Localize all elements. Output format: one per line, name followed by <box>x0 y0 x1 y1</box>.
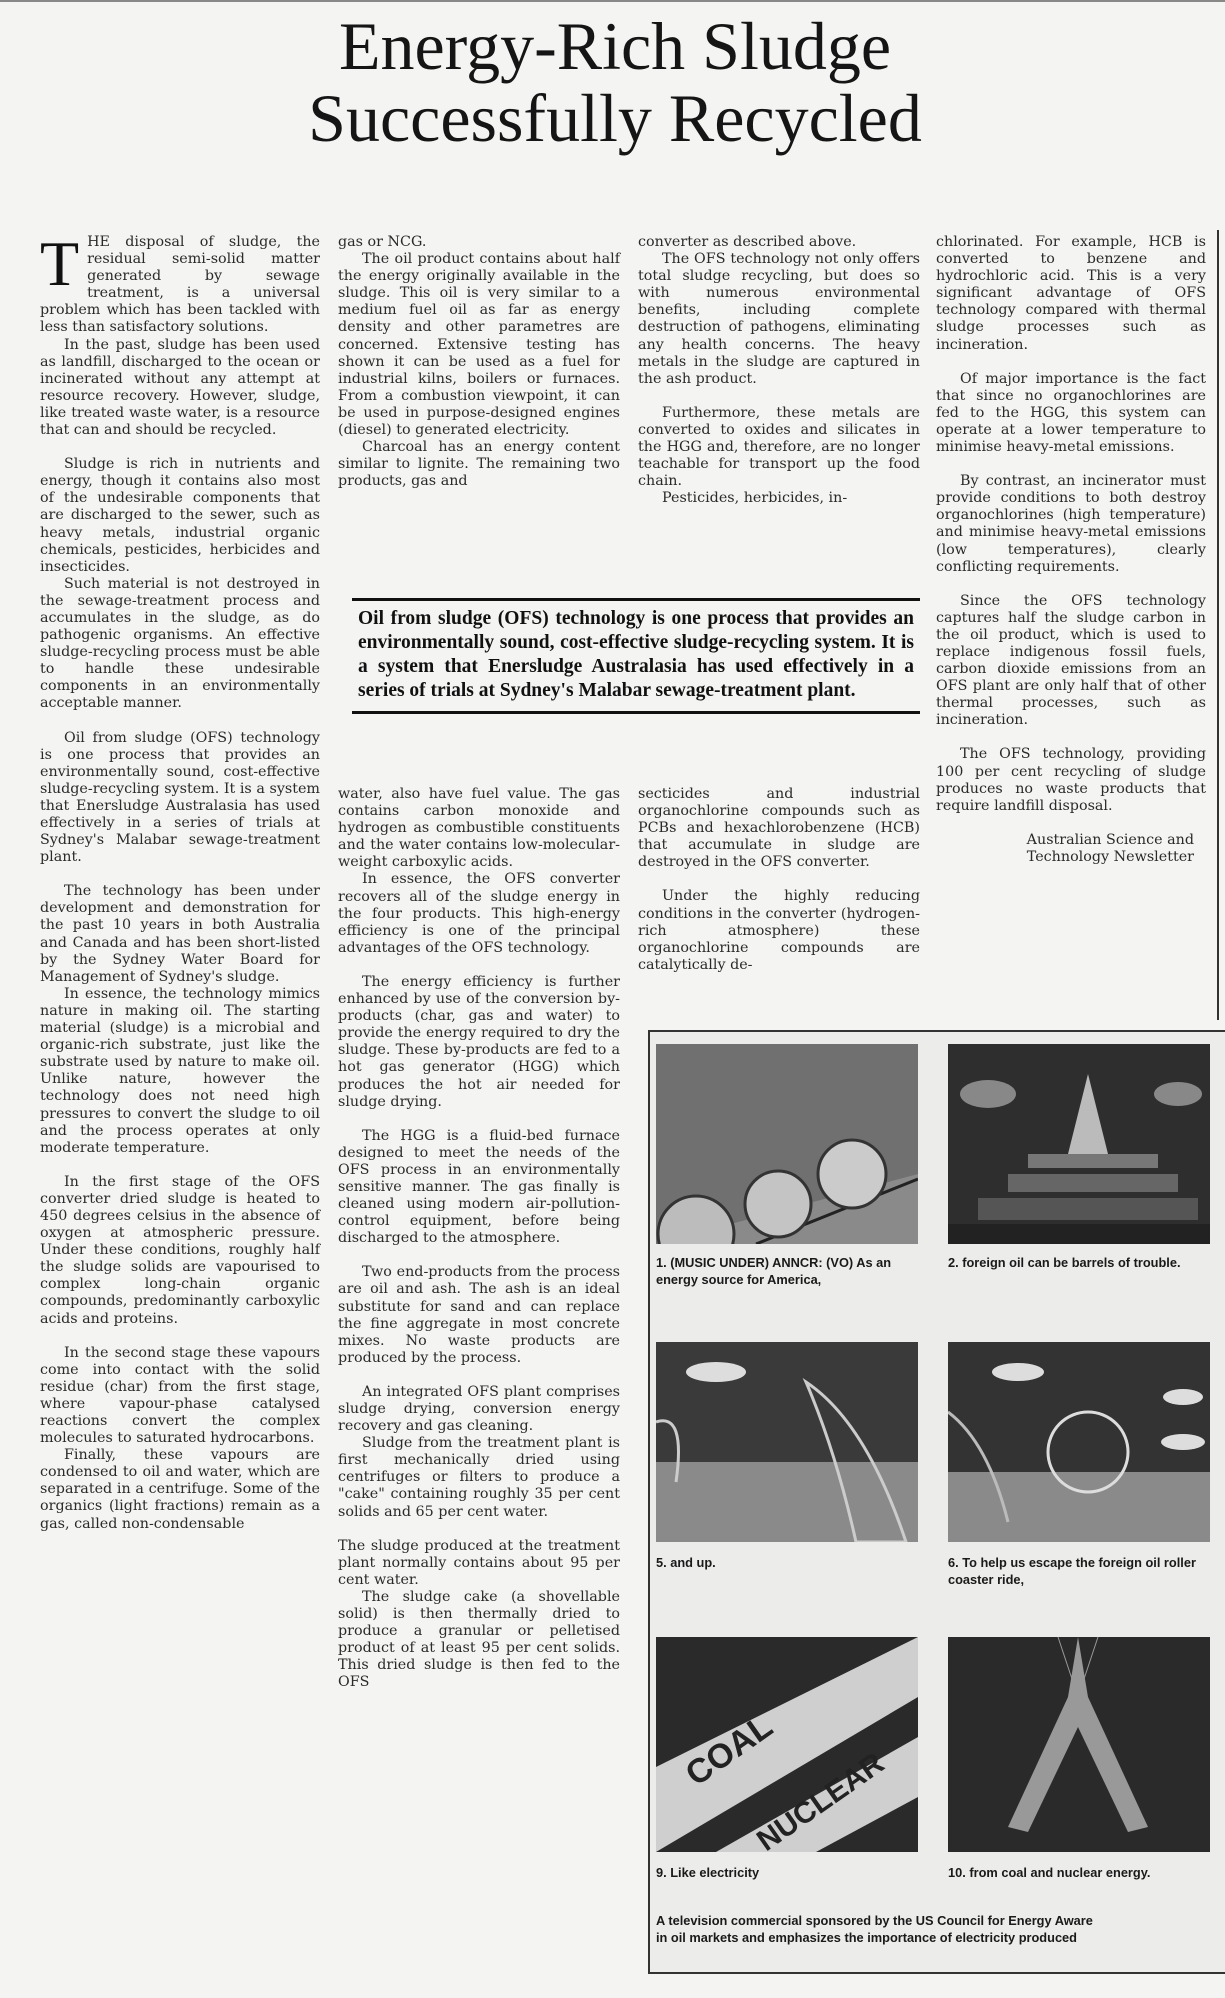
paragraph: Of major importance is the fact that sin… <box>936 371 1206 456</box>
paragraph: In essence, the OFS converter recovers a… <box>338 871 620 956</box>
frame-oil-barrels-image <box>656 1044 918 1244</box>
paragraph: Since the OFS technology captures half t… <box>936 593 1206 730</box>
barrel-pyramid-icon <box>948 1044 1210 1244</box>
paragraph: gas or NCG. <box>338 234 620 251</box>
paragraph: Such material is not destroyed in the se… <box>40 576 320 713</box>
paragraph: water, also have fuel value. The gas con… <box>338 786 620 871</box>
paragraph: The energy efficiency is further enhance… <box>338 974 620 1111</box>
paragraph: The technology has been under developmen… <box>40 883 320 986</box>
frame-10-caption: 10. from coal and nuclear energy. <box>948 1864 1216 1881</box>
paragraph: Sludge is rich in nutrients and energy, … <box>40 456 320 576</box>
article-column-2-bottom: water, also have fuel value. The gas con… <box>338 786 620 1692</box>
paragraph: Sludge from the treatment plant is first… <box>338 1435 620 1520</box>
paragraph: The OFS technology, providing 100 per ce… <box>936 746 1206 814</box>
pull-quote: Oil from sludge (OFS) technology is one … <box>352 598 920 714</box>
headline-line-1: Energy-Rich Sludge <box>339 8 891 84</box>
article-column-4: chlorinated. For example, HCB is convert… <box>936 234 1206 866</box>
paragraph: Charcoal has an energy content similar t… <box>338 439 620 490</box>
paragraph: converter as described above. <box>638 234 920 251</box>
page-top-rule <box>0 0 1225 2</box>
article-column-3-bottom: secticides and industrial organochlorine… <box>638 786 920 974</box>
paragraph: The OFS technology not only offers total… <box>638 251 920 388</box>
paragraph: In the first stage of the OFS converter … <box>40 1174 320 1328</box>
paragraph: Finally, these vapours are condensed to … <box>40 1447 320 1532</box>
headline: Energy-Rich Sludge Successfully Recycled <box>150 10 1080 154</box>
paragraph: The sludge produced at the treatment pla… <box>338 1538 620 1589</box>
paragraph: Under the highly reducing conditions in … <box>638 888 920 973</box>
frame-5-caption: 5. and up. <box>656 1554 924 1571</box>
paragraph: By contrast, an incinerator must provide… <box>936 473 1206 576</box>
article-column-2-top: gas or NCG. The oil product contains abo… <box>338 234 620 490</box>
tv-commercial-storyboard: 1. (MUSIC UNDER) ANNCR: (VO) As an energ… <box>648 1030 1225 1974</box>
source-credit: Australian Science andTechnology Newslet… <box>936 832 1206 866</box>
power-tower-icon <box>948 1637 1210 1852</box>
roller-coaster-icon <box>656 1342 918 1542</box>
storyboard-caption: A television commercial sponsored by the… <box>656 1912 1225 1946</box>
paragraph: THE disposal of sludge, the residual sem… <box>40 234 320 337</box>
roller-coaster-loop-icon <box>948 1342 1210 1542</box>
frame-roller-coaster-loop-image <box>948 1342 1210 1542</box>
paragraph: Furthermore, these metals are converted … <box>638 405 920 490</box>
oil-barrels-icon <box>656 1044 918 1244</box>
paragraph: In essence, the technology mimics nature… <box>40 986 320 1157</box>
frame-coal-nuclear-image: COAL NUCLEAR <box>656 1637 918 1852</box>
frame-2-caption: 2. foreign oil can be barrels of trouble… <box>948 1254 1216 1271</box>
coal-nuclear-banner-icon: COAL NUCLEAR <box>656 1637 918 1852</box>
paragraph: secticides and industrial organochlorine… <box>638 786 920 871</box>
column-rule <box>1217 230 1219 1020</box>
drop-cap: T <box>40 238 79 290</box>
paragraph: The sludge cake (a shovellable solid) is… <box>338 1589 620 1692</box>
paragraph: Two end-products from the process are oi… <box>338 1264 620 1367</box>
paragraph: The oil product contains about half the … <box>338 251 620 439</box>
frame-1-caption: 1. (MUSIC UNDER) ANNCR: (VO) As an energ… <box>656 1254 924 1288</box>
paragraph: The HGG is a fluid-bed furnace designed … <box>338 1128 620 1248</box>
frame-9-caption: 9. Like electricity <box>656 1864 924 1881</box>
paragraph: Pesticides, herbicides, in- <box>638 490 920 507</box>
paragraph: chlorinated. For example, HCB is convert… <box>936 234 1206 354</box>
paragraph: Oil from sludge (OFS) technology is one … <box>40 730 320 867</box>
paragraph: In the second stage these vapours come i… <box>40 1345 320 1448</box>
frame-roller-coaster-image <box>656 1342 918 1542</box>
article-column-1: THE disposal of sludge, the residual sem… <box>40 234 320 1533</box>
frame-barrel-pyramid-image <box>948 1044 1210 1244</box>
paragraph: In the past, sludge has been used as lan… <box>40 337 320 440</box>
frame-power-tower-image <box>948 1637 1210 1852</box>
paragraph: An integrated OFS plant comprises sludge… <box>338 1384 620 1435</box>
headline-line-2: Successfully Recycled <box>308 80 922 156</box>
frame-6-caption: 6. To help us escape the foreign oil rol… <box>948 1554 1216 1588</box>
article-column-3-top: converter as described above. The OFS te… <box>638 234 920 507</box>
